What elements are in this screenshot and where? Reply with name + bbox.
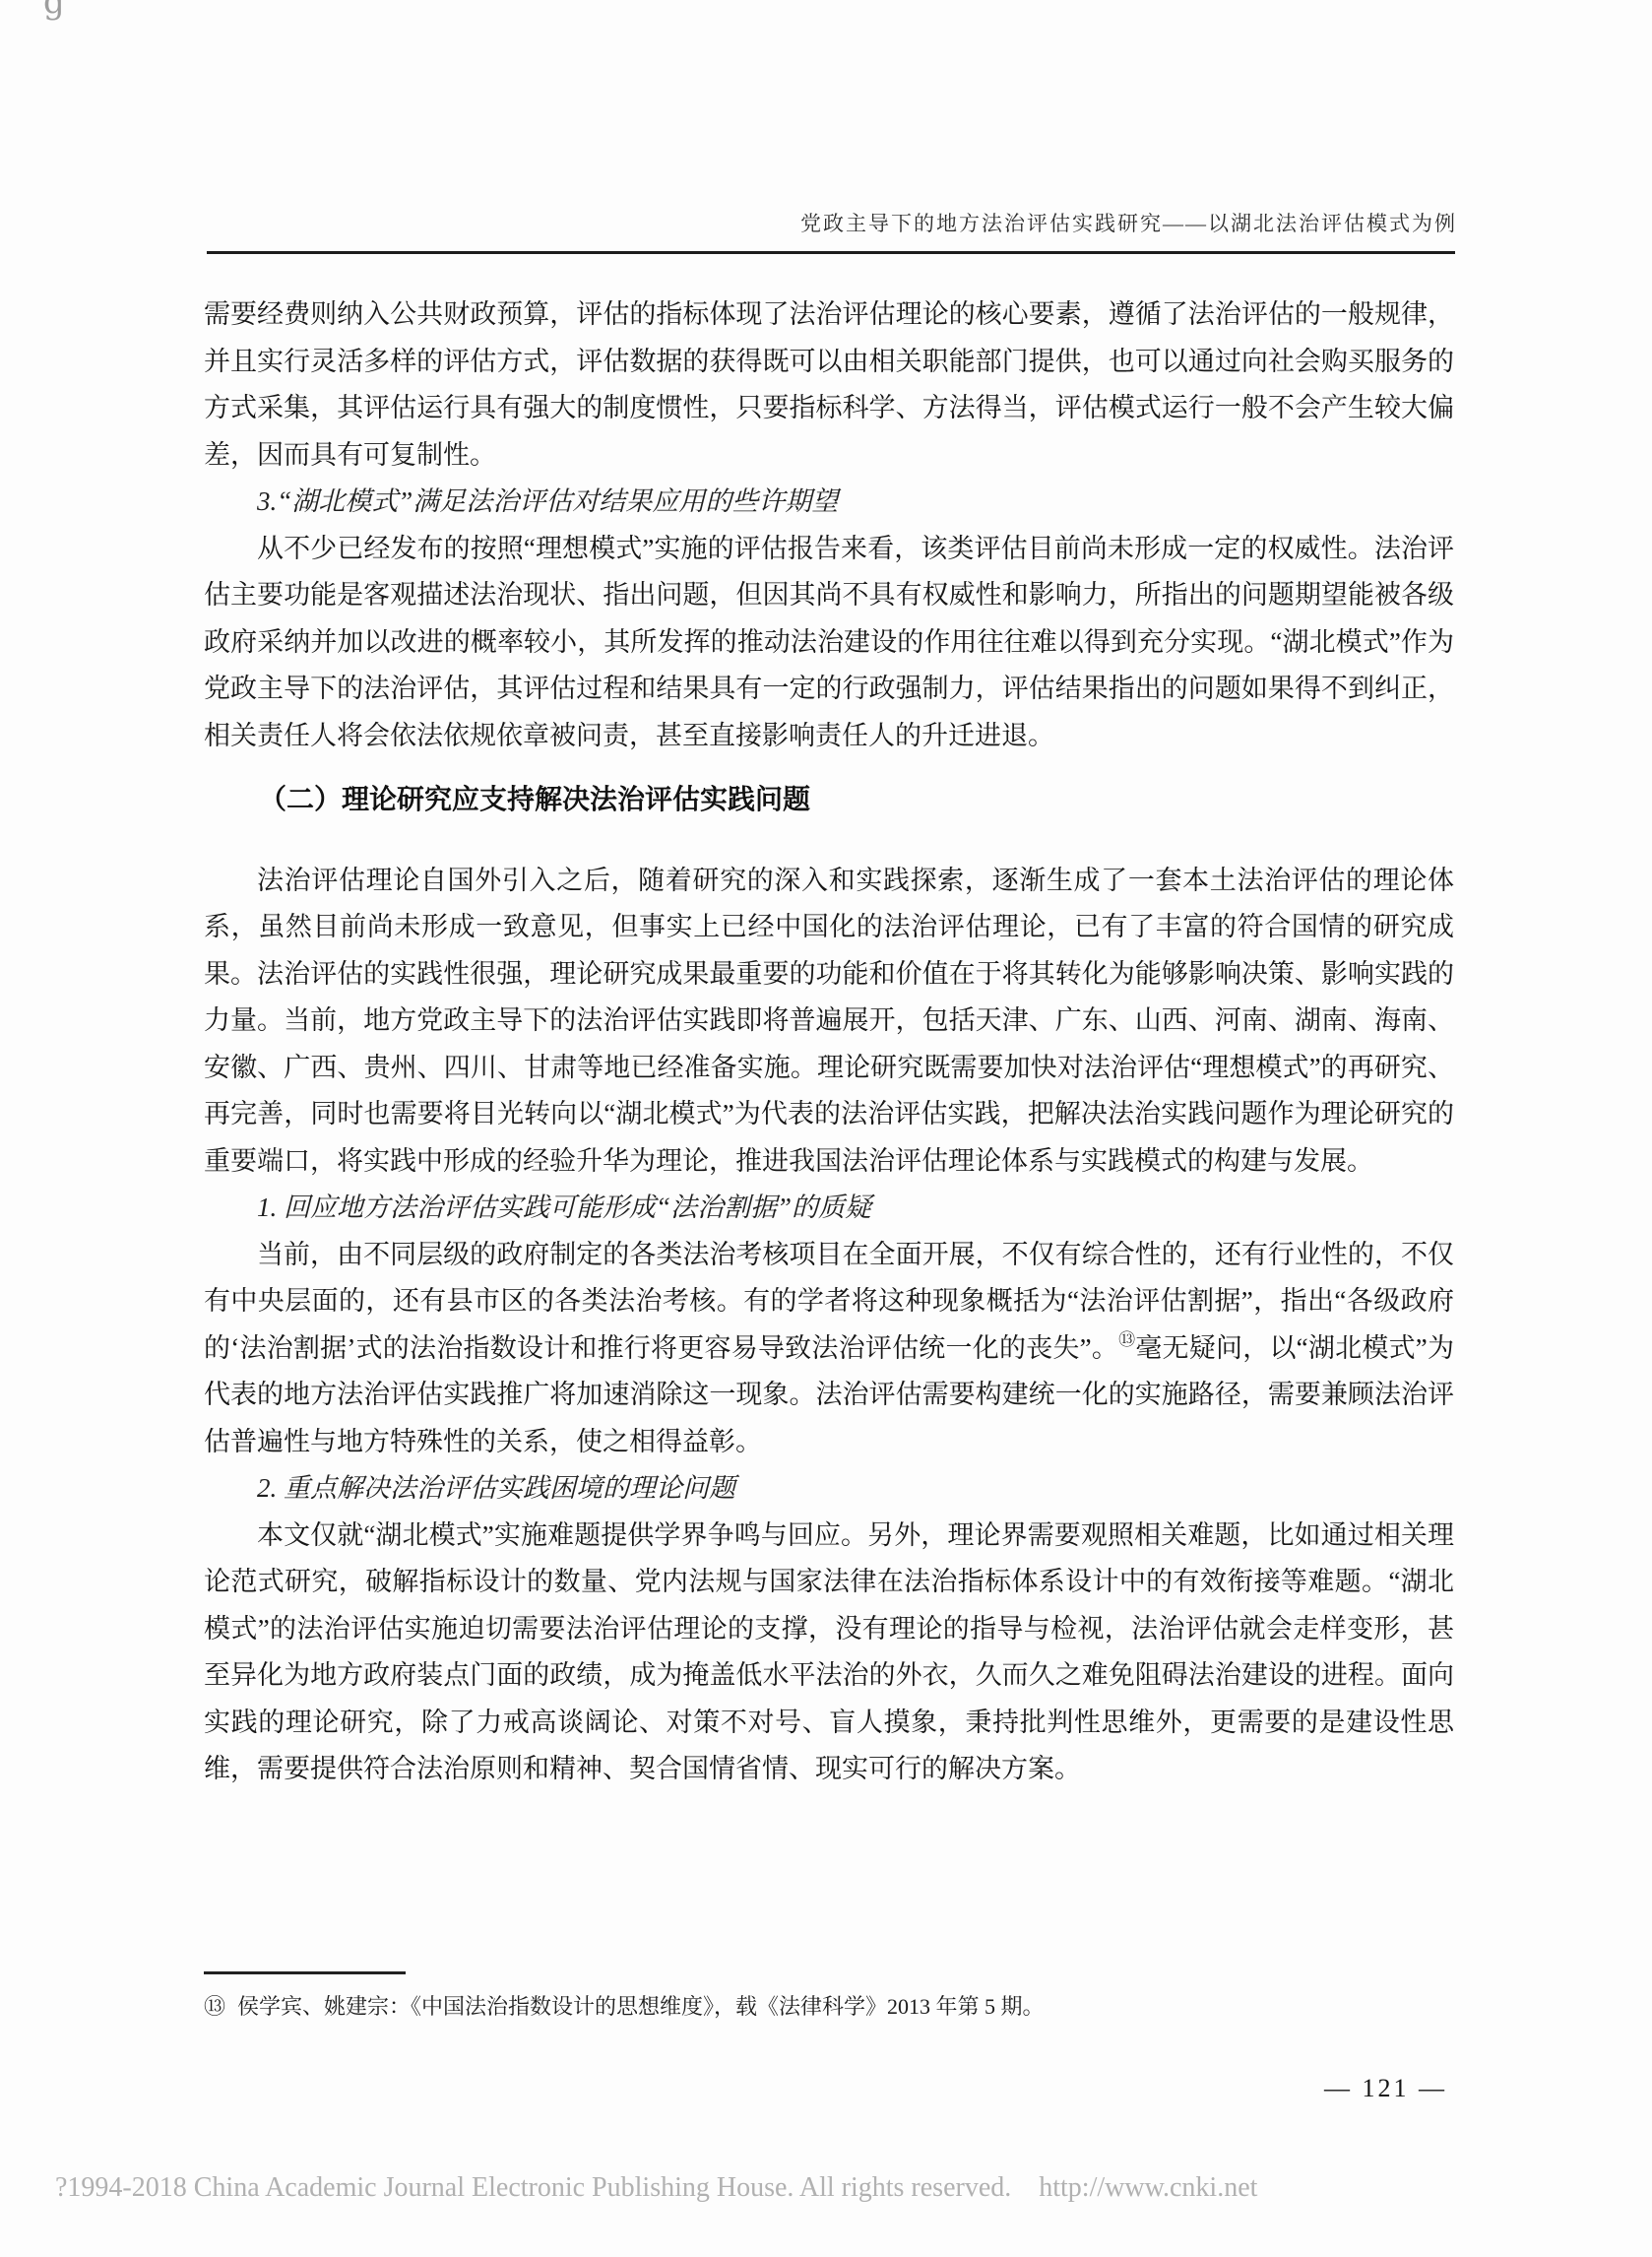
footnote-text: 侯学宾、姚建宗：《中国法治指数设计的思想维度》，载《法律科学》2013 年第 5… [237,1994,1045,2019]
subheading-sub1: 1. 回应地方法治评估实践可能形成“法治割据”的质疑 [204,1185,1454,1232]
footnote-divider [204,1971,406,1974]
subheading-sub2: 2. 重点解决法治评估实践困境的理论问题 [204,1465,1454,1513]
page-number: — 121 — [1324,2074,1447,2103]
paragraph: 本文仅就“湖北模式”实施难题提供学界争鸣与回应。另外，理论界需要观照相关难题，比… [204,1513,1454,1793]
header-rule [207,251,1455,254]
footnote-marker: ⑬ [204,1994,225,2019]
document-page: g 党政主导下的地方法治评估实践研究——以湖北法治评估模式为例 需要经费则纳入公… [0,0,1652,2257]
footnote: ⑬侯学宾、姚建宗：《中国法治指数设计的思想维度》，载《法律科学》2013 年第 … [204,1991,1454,2023]
article-body: 需要经费则纳入公共财政预算，评估的指标体现了法治评估理论的核心要素，遵循了法治评… [204,291,1454,1793]
paragraph: 从不少已经发布的按照“理想模式”实施的评估报告来看，该类评估目前尚未形成一定的权… [204,526,1454,760]
paragraph: 法治评估理论自国外引入之后，随着研究的深入和实践探索，逐渐生成了一套本土法治评估… [204,858,1454,1186]
scan-artifact-mark: g [43,0,65,22]
subheading-3: 3.“湖北模式”满足法治评估对结果应用的些许期望 [204,479,1454,526]
section-heading-2: （二）理论研究应支持解决法治评估实践问题 [204,776,1454,823]
footnote-area: ⑬侯学宾、姚建宗：《中国法治指数设计的思想维度》，载《法律科学》2013 年第 … [204,1971,1454,2023]
paragraph-continuation: 需要经费则纳入公共财政预算，评估的指标体现了法治评估理论的核心要素，遵循了法治评… [204,291,1454,479]
paragraph-with-footnote: 当前，由不同层级的政府制定的各类法治考核项目在全面开展，不仅有综合性的，还有行业… [204,1232,1454,1466]
cnki-watermark: ?1994-2018 China Academic Journal Electr… [55,2172,1257,2204]
footnote-reference: ⑬ [1118,1330,1135,1349]
running-title: 党政主导下的地方法治评估实践研究——以湖北法治评估模式为例 [800,208,1457,237]
